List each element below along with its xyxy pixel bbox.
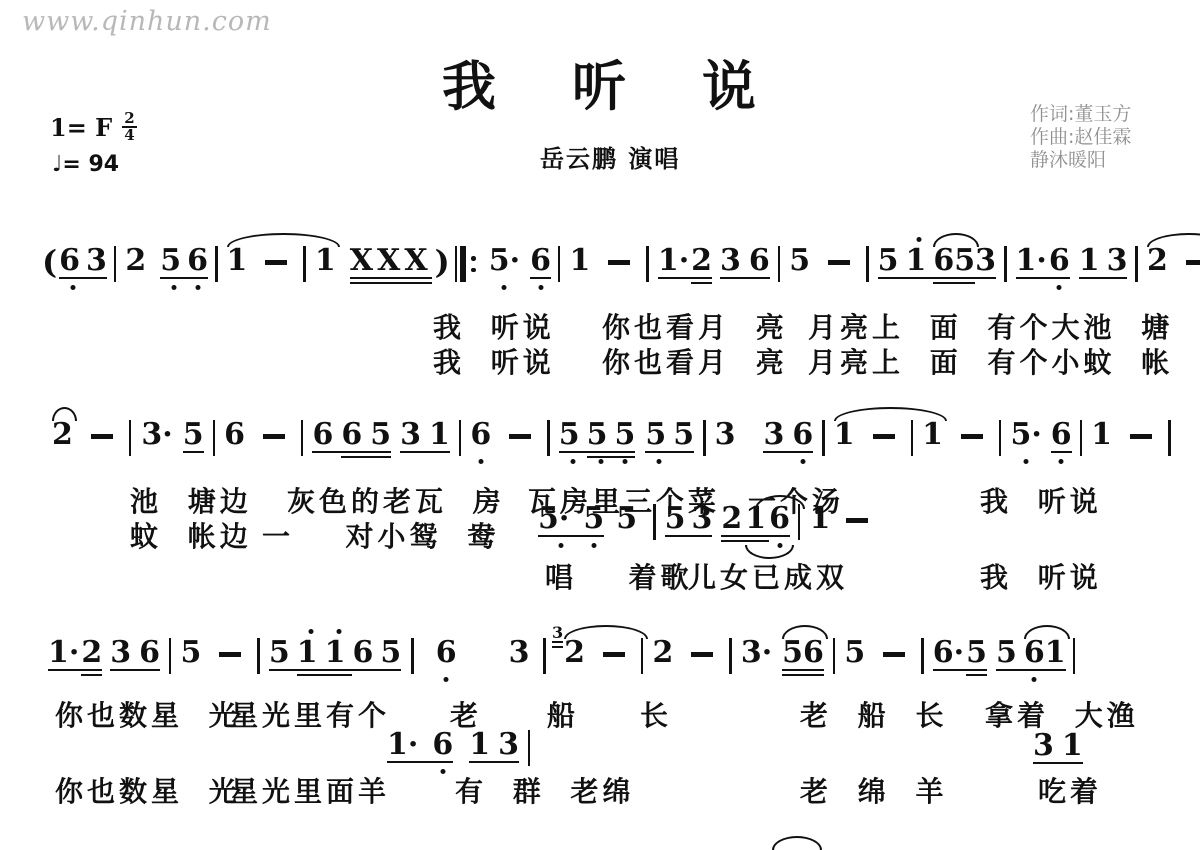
tie-arc [782, 625, 828, 639]
duration-dash [608, 260, 630, 265]
barline [641, 638, 644, 680]
arranger-credit: 静沐暖阳 [1030, 149, 1131, 172]
barline [999, 420, 1002, 462]
note-token: 1 [1091, 420, 1112, 453]
barline [213, 420, 216, 462]
note-token: 1 [834, 420, 855, 453]
note-token: 5 [380, 638, 401, 671]
duration-dash [828, 260, 850, 265]
note-token: 5 [878, 246, 906, 279]
duration-dash [691, 652, 713, 657]
note-token: 5 [614, 420, 635, 453]
barline [911, 420, 914, 462]
barline [301, 420, 304, 462]
octave-dot-above [917, 237, 922, 242]
note-token: 6 [792, 420, 813, 453]
barline [543, 638, 546, 680]
note-token: 6 [312, 420, 341, 453]
note-token: 5 [966, 638, 987, 671]
octave-dot-below [570, 459, 575, 464]
barline [129, 420, 132, 462]
barline [215, 246, 218, 288]
duration-dash [91, 434, 113, 439]
octave-dot-below [1032, 677, 1037, 682]
note-token: 5 [844, 638, 865, 671]
note-token: 2 [1147, 246, 1168, 279]
duration-dash [1130, 434, 1152, 439]
note-token: 1 [469, 730, 498, 763]
note-token: 1· [387, 730, 432, 763]
note-token: 1· [48, 638, 81, 671]
lyric-segment: 老 绵 羊 [800, 770, 948, 810]
note-token: 2 [81, 638, 102, 671]
duration-dash [263, 434, 285, 439]
barline [1073, 638, 1076, 680]
note-token: 5 [559, 420, 587, 453]
music-line: (6325611XXX)5·611·2365516531·6132 [42, 246, 1200, 290]
note-token: 6 [470, 420, 491, 453]
repeat-sign [455, 246, 476, 282]
octave-dot-below [1057, 285, 1062, 290]
barline [459, 420, 462, 462]
lyric-segment: 你也数星 光 [55, 694, 241, 734]
parenthesis: ) [435, 246, 450, 281]
note-token: 2 [721, 504, 745, 537]
song-title: 我听说 [442, 44, 832, 121]
note-token: 5 [587, 420, 615, 453]
music-line: 23·5666531655555336115·61 [52, 420, 1180, 464]
barline [646, 246, 649, 288]
octave-dot-below [538, 285, 543, 290]
tie-arc [772, 836, 822, 850]
sheet-music-page: www.qinhun.com 我听说 1= F 2 4 ♩= 94 岳云鹏 演唱… [0, 0, 1200, 850]
note-token: 6· [933, 638, 966, 671]
lyric-segment: 你也数星 光 [55, 770, 241, 810]
note-token: XXX [350, 246, 432, 279]
note-token: 6 [59, 246, 86, 279]
barline [778, 246, 781, 288]
music-line: 1·236551165633223·5656·5561 [48, 638, 1084, 682]
note-token: 2 [52, 420, 73, 453]
note-token: 3 [509, 638, 530, 671]
lyric-segment: 老 [450, 694, 482, 734]
barline [1168, 420, 1171, 462]
duration-dash [846, 518, 868, 523]
barline [303, 246, 306, 288]
note-token: 6 [352, 638, 380, 671]
note-token: 3 [763, 420, 792, 453]
note-token: 3 [720, 246, 749, 279]
octave-dot-below [440, 769, 445, 774]
note-token: 6 [749, 246, 770, 279]
credits-block: 作词:董玉方 作曲:赵佳霖 静沐暖阳 [1030, 103, 1131, 172]
lyric-segment: 你也看月 亮 [602, 341, 788, 381]
note-token: 6 [530, 246, 551, 279]
note-token: 3· [741, 638, 772, 671]
note-token: 2 [125, 246, 146, 279]
octave-dot-below [800, 459, 805, 464]
composer-credit: 作曲:赵佳霖 [1030, 126, 1131, 149]
note-token: 5 [782, 638, 803, 671]
note-token: 6 [187, 246, 208, 279]
note-token: 1· [658, 246, 691, 279]
duration-dash [873, 434, 895, 439]
note-token: 2 [564, 638, 585, 671]
note-token: 6 [1049, 246, 1070, 279]
note-token: 3 [552, 625, 563, 643]
octave-dot-below [1059, 459, 1064, 464]
barline [833, 638, 836, 680]
tie-arc [227, 233, 340, 247]
note-token: 5· [489, 246, 520, 279]
lyric-segment: 星光里有个 [230, 694, 390, 734]
note-token: 6 [803, 638, 824, 671]
note-token: 5 [370, 420, 391, 453]
octave-dot-below [478, 459, 483, 464]
note-token: 1 [922, 420, 943, 453]
note-token: 3 [498, 730, 519, 763]
note-token: 5 [673, 420, 694, 453]
note-token: 5 [183, 420, 204, 453]
note-token: 3 [1033, 731, 1062, 764]
barline [729, 638, 732, 680]
note-token: 1 [1045, 638, 1066, 671]
lyric-segment: 池 塘边 [130, 480, 252, 520]
barline [547, 420, 550, 462]
lyric-segment: 你也看月 亮 [602, 306, 788, 346]
note-token: 1· [1016, 246, 1049, 279]
watermark: www.qinhun.com [22, 6, 272, 37]
tempo-marking: ♩= 94 [52, 152, 119, 177]
parenthesis: ( [42, 246, 57, 281]
barline [703, 420, 706, 462]
lyric-segment: 我 听说 [433, 306, 555, 346]
note-token: 2 [652, 638, 673, 671]
note-token: 1 [227, 246, 248, 279]
tie-arc [933, 233, 979, 247]
time-denominator: 4 [124, 128, 134, 142]
lyric-segment: 我 听说 [980, 480, 1102, 520]
barline [921, 638, 924, 680]
lyric-segment: 船 [547, 694, 579, 734]
lyric-segment: 拿着 大渔 [985, 694, 1139, 734]
octave-dot-below [622, 459, 627, 464]
note-token: 6 [224, 420, 245, 453]
octave-dot-above [336, 629, 341, 634]
note-token: 6 [341, 420, 370, 453]
note-token: 3 [110, 638, 139, 671]
octave-dot-below [502, 285, 507, 290]
note-token: 6 [436, 638, 457, 671]
duration-dash [1186, 260, 1200, 265]
note-token: 3 [975, 246, 996, 279]
note-token: 1 [1079, 246, 1107, 279]
time-signature: 2 4 [122, 112, 136, 142]
lyric-segment: 老 船 长 [800, 694, 948, 734]
barline [528, 730, 531, 772]
tie-arc [834, 407, 947, 421]
note-token: 3 [86, 246, 107, 279]
octave-dot-below [171, 285, 176, 290]
note-token: 1 [429, 420, 450, 453]
lyric-segment: 一 对小鸳 鸯 [262, 515, 499, 555]
lyric-segment: 儿女已成双 [688, 556, 848, 596]
octave-dot-below [591, 543, 596, 548]
lyric-segment: 月亮上 面 有个大池 塘 [808, 306, 1173, 346]
barline [411, 638, 414, 680]
octave-dot-below [70, 285, 75, 290]
note-token: 5 [180, 638, 201, 671]
note-token: 5 [269, 638, 297, 671]
note-token: 3 [715, 420, 736, 453]
note-token: 6 [1051, 420, 1072, 453]
barline [1135, 246, 1138, 288]
note-token: 1 [315, 246, 336, 279]
octave-dot-below [444, 677, 449, 682]
lyric-segment: 蚊 帐边 [130, 515, 252, 555]
barline [114, 246, 117, 288]
note-token: 1 [325, 638, 353, 671]
lyric-segment: 唱 着歌 [545, 556, 693, 596]
note-token: 3 [400, 420, 429, 453]
lyric-segment: 吃着 [1038, 770, 1102, 810]
lyricist-credit: 作词:董玉方 [1030, 103, 1131, 126]
tie-arc [52, 407, 77, 421]
lyric-segment: 星光里面羊 [230, 770, 390, 810]
note-token: 5· [1010, 420, 1041, 453]
barline [822, 420, 825, 462]
barline [1080, 420, 1083, 462]
singer-credit: 岳云鹏 演唱 [540, 139, 680, 174]
note-token: 3 [1107, 246, 1128, 279]
barline [1004, 246, 1007, 288]
barline [866, 246, 869, 288]
note-token: 5 [645, 420, 673, 453]
key-signature: 1= F 2 4 [50, 112, 137, 142]
music-line: 31 [1033, 731, 1092, 775]
key-label: 1= F [50, 113, 112, 142]
duration-dash [265, 260, 287, 265]
octave-dot-below [195, 285, 200, 290]
lyric-segment: 有 群 老绵 [455, 770, 635, 810]
lyric-segment: 长 [640, 694, 672, 734]
octave-dot-above [308, 629, 313, 634]
note-token: 5 [789, 246, 810, 279]
lyric-segment: 瓦房里三个菜 [528, 480, 720, 520]
note-token: 1 [569, 246, 590, 279]
tie-arc [1147, 233, 1200, 247]
octave-dot-below [598, 459, 603, 464]
duration-dash [219, 652, 241, 657]
note-token: 6 [933, 246, 954, 279]
barline [257, 638, 260, 680]
note-token: 5 [996, 638, 1024, 671]
note-token: 1 [1062, 731, 1083, 764]
duration-dash [883, 652, 905, 657]
duration-dash [603, 652, 625, 657]
lyric-segment: 月亮上 面 有个小蚊 帐 [808, 341, 1173, 381]
lyric-segment: 我 听说 [433, 341, 555, 381]
note-token: 5 [160, 246, 187, 279]
duration-dash [961, 434, 983, 439]
note-token: 1 [906, 246, 934, 279]
octave-dot-below [657, 459, 662, 464]
lyric-segment: 我 听说 [980, 556, 1102, 596]
tie-arc [1024, 625, 1070, 639]
duration-dash [509, 434, 531, 439]
barline [169, 638, 172, 680]
note-token: 3· [141, 420, 172, 453]
note-token: 6 [1024, 638, 1045, 671]
tie-arc [564, 625, 648, 639]
music-line: 1·613 [387, 730, 539, 774]
barline [558, 246, 561, 288]
octave-dot-below [1024, 459, 1029, 464]
note-token: 6 [432, 730, 453, 763]
lyric-segment: 灰色的老瓦 房 [287, 480, 505, 520]
note-token: 6 [139, 638, 160, 671]
note-token: 1 [297, 638, 325, 671]
note-token: 2 [691, 246, 712, 279]
note-token: 5 [954, 246, 975, 279]
octave-dot-below [558, 543, 563, 548]
